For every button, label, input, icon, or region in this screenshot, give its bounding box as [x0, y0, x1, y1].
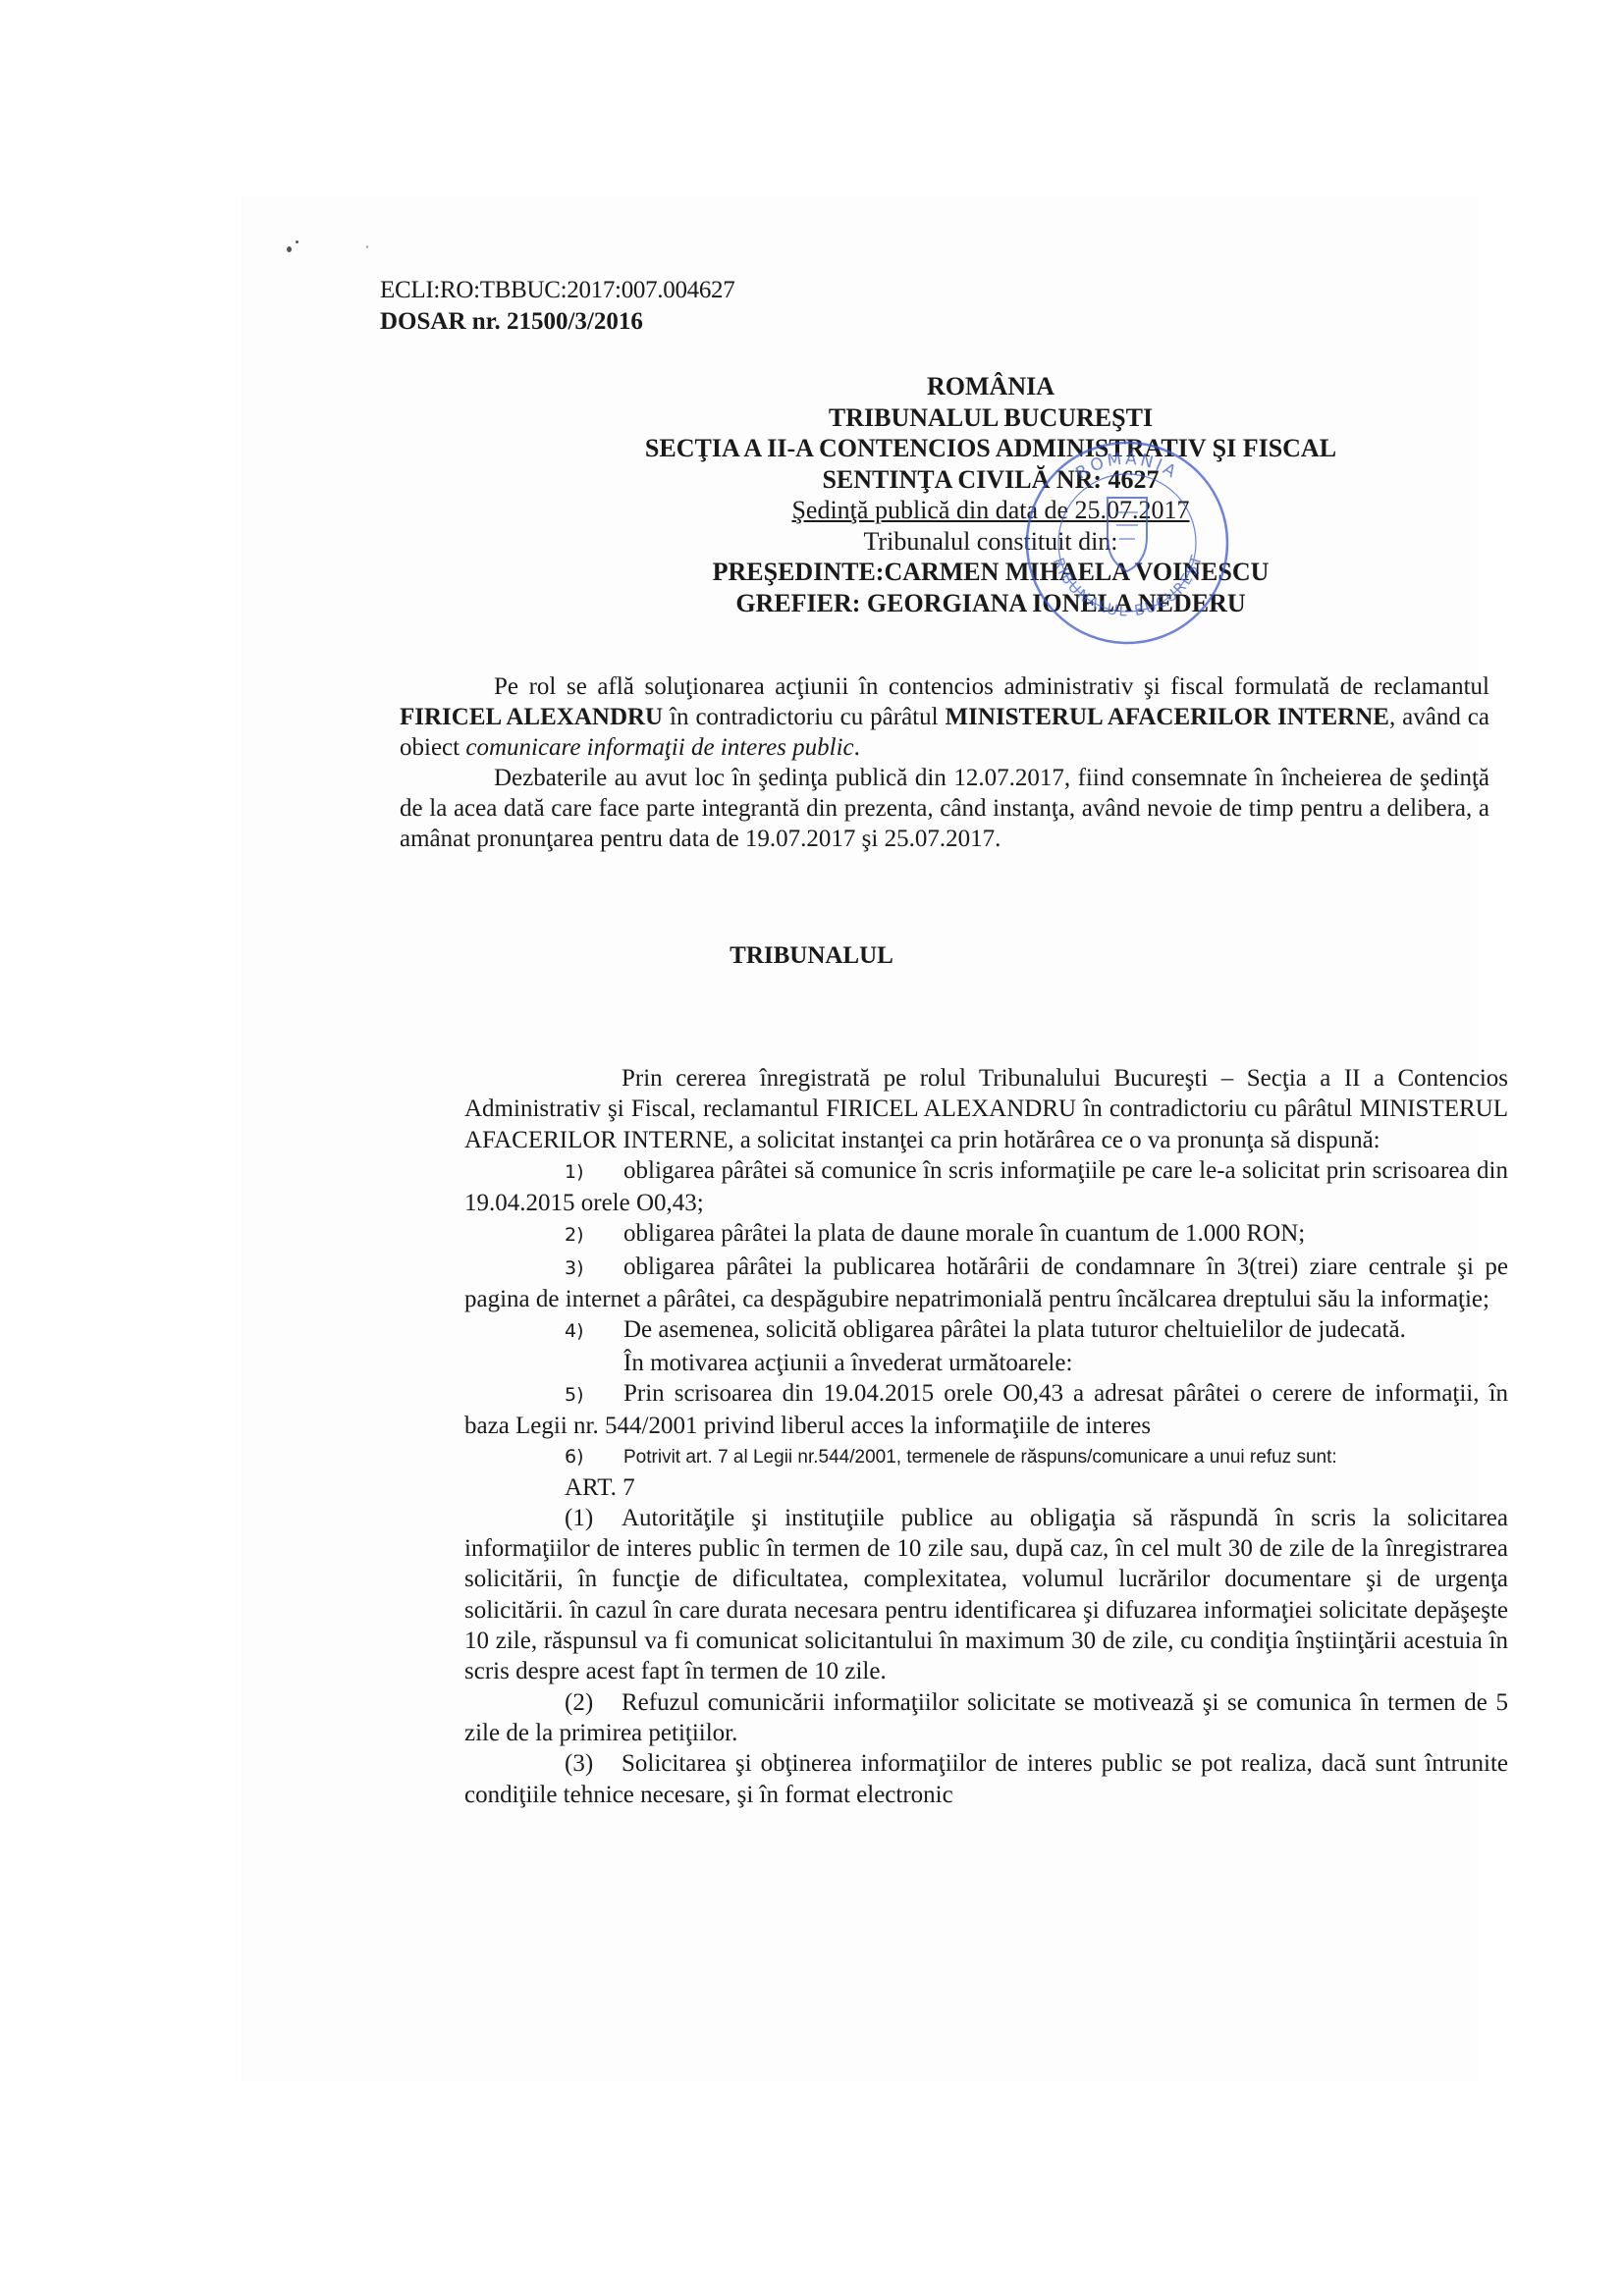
- claim-item: 2)obligarea pârâtei la plata de daune mo…: [464, 1218, 1508, 1251]
- paragraph-text: Refuzul comunicării informaţiilor solici…: [464, 1689, 1508, 1746]
- item-text: De asemenea, solicită obligarea pârâtei …: [623, 1316, 1406, 1343]
- claim-item: 6)Potrivit art. 7 al Legii nr.544/2001, …: [464, 1442, 1508, 1472]
- paragraph-text: Solicitarea şi obţinerea informaţiilor d…: [464, 1750, 1508, 1807]
- section-heading: TRIBUNALUL: [0, 942, 1623, 970]
- item-text: Potrivit art. 7 al Legii nr.544/2001, te…: [623, 1447, 1337, 1468]
- item-number: 2): [565, 1220, 623, 1251]
- scan-speck: [366, 245, 368, 248]
- paragraph-number: (1): [565, 1503, 622, 1533]
- case-number: DOSAR nr. 21500/3/2016: [380, 308, 643, 336]
- item-text: obligarea pârâtei la plata de daune mora…: [623, 1220, 1305, 1247]
- scan-speck: [296, 240, 298, 243]
- item-number: 3): [565, 1254, 623, 1284]
- ecli-identifier: ECLI:RO:TBBUC:2017:007.004627: [380, 277, 734, 304]
- claimant-name: FIRICEL ALEXANDRU: [400, 704, 663, 730]
- claim-item: 4)De asemenea, solicită obligarea pârâte…: [464, 1314, 1508, 1347]
- court-name: TRIBUNALUL BUCUREŞTI: [393, 402, 1589, 434]
- paragraph-number: (2): [565, 1687, 622, 1718]
- claim-section: Prin cererea înregistrată pe rolul Tribu…: [464, 1063, 1508, 1810]
- claim-opening: Prin cererea înregistrată pe rolul Tribu…: [464, 1063, 1508, 1155]
- claim-item: 1)obligarea pârâtei să comunice în scris…: [464, 1155, 1508, 1219]
- claim-item: 5)Prin scrisoarea din 19.04.2015 orele O…: [464, 1378, 1508, 1442]
- president-name: PREŞEDINTE:CARMEN MIHAELA VOINESCU: [393, 557, 1589, 588]
- court-section: SECŢIA A II-A CONTENCIOS ADMINISTRATIV Ş…: [393, 433, 1589, 464]
- motivation-heading: În motivarea acţiunii a învederat următo…: [464, 1348, 1508, 1378]
- item-number: 6): [565, 1442, 623, 1472]
- claim-item: 3)obligarea pârâtei la publicarea hotărâ…: [464, 1252, 1508, 1315]
- court-constitution: Tribunalul constituit din:: [393, 526, 1589, 558]
- item-number: 4): [565, 1316, 623, 1347]
- article-title: ART. 7: [464, 1472, 1508, 1503]
- article-paragraph: (2)Refuzul comunicării informaţiilor sol…: [464, 1687, 1508, 1749]
- sentence-number: SENTINŢA CIVILĂ NR: 4627: [393, 464, 1589, 496]
- intro-text: în contradictoriu cu pârâtul: [663, 704, 945, 730]
- clerk-name: GREFIER: GEORGIANA IONELA NEDERU: [393, 588, 1589, 619]
- item-number: 1): [565, 1157, 623, 1188]
- intro-paragraph-2: Dezbaterile au avut loc în şedinţa publi…: [400, 763, 1489, 854]
- intro-text: Pe rol se află soluţionarea acţiunii în …: [494, 673, 1489, 700]
- case-object: comunicare informaţii de interes public: [465, 734, 853, 761]
- session-date: Şedinţă publică din data de 25.07.2017: [393, 495, 1589, 526]
- intro-paragraph-1: Pe rol se află soluţionarea acţiunii în …: [400, 671, 1489, 763]
- court-header: ROMÂNIA TRIBUNALUL BUCUREŞTI SECŢIA A II…: [393, 371, 1589, 618]
- intro-text: .: [854, 734, 860, 761]
- item-number: 5): [565, 1380, 623, 1411]
- country-name: ROMÂNIA: [393, 371, 1589, 402]
- scan-speck: [287, 246, 292, 252]
- article-paragraph: (1)Autorităţile şi instituţiile publice …: [464, 1503, 1508, 1687]
- paragraph-number: (3): [565, 1748, 622, 1779]
- article-paragraph: (3)Solicitarea şi obţinerea informaţiilo…: [464, 1748, 1508, 1810]
- intro-section: Pe rol se află soluţionarea acţiunii în …: [400, 671, 1489, 854]
- defendant-name: MINISTERUL AFACERILOR INTERNE: [946, 704, 1389, 730]
